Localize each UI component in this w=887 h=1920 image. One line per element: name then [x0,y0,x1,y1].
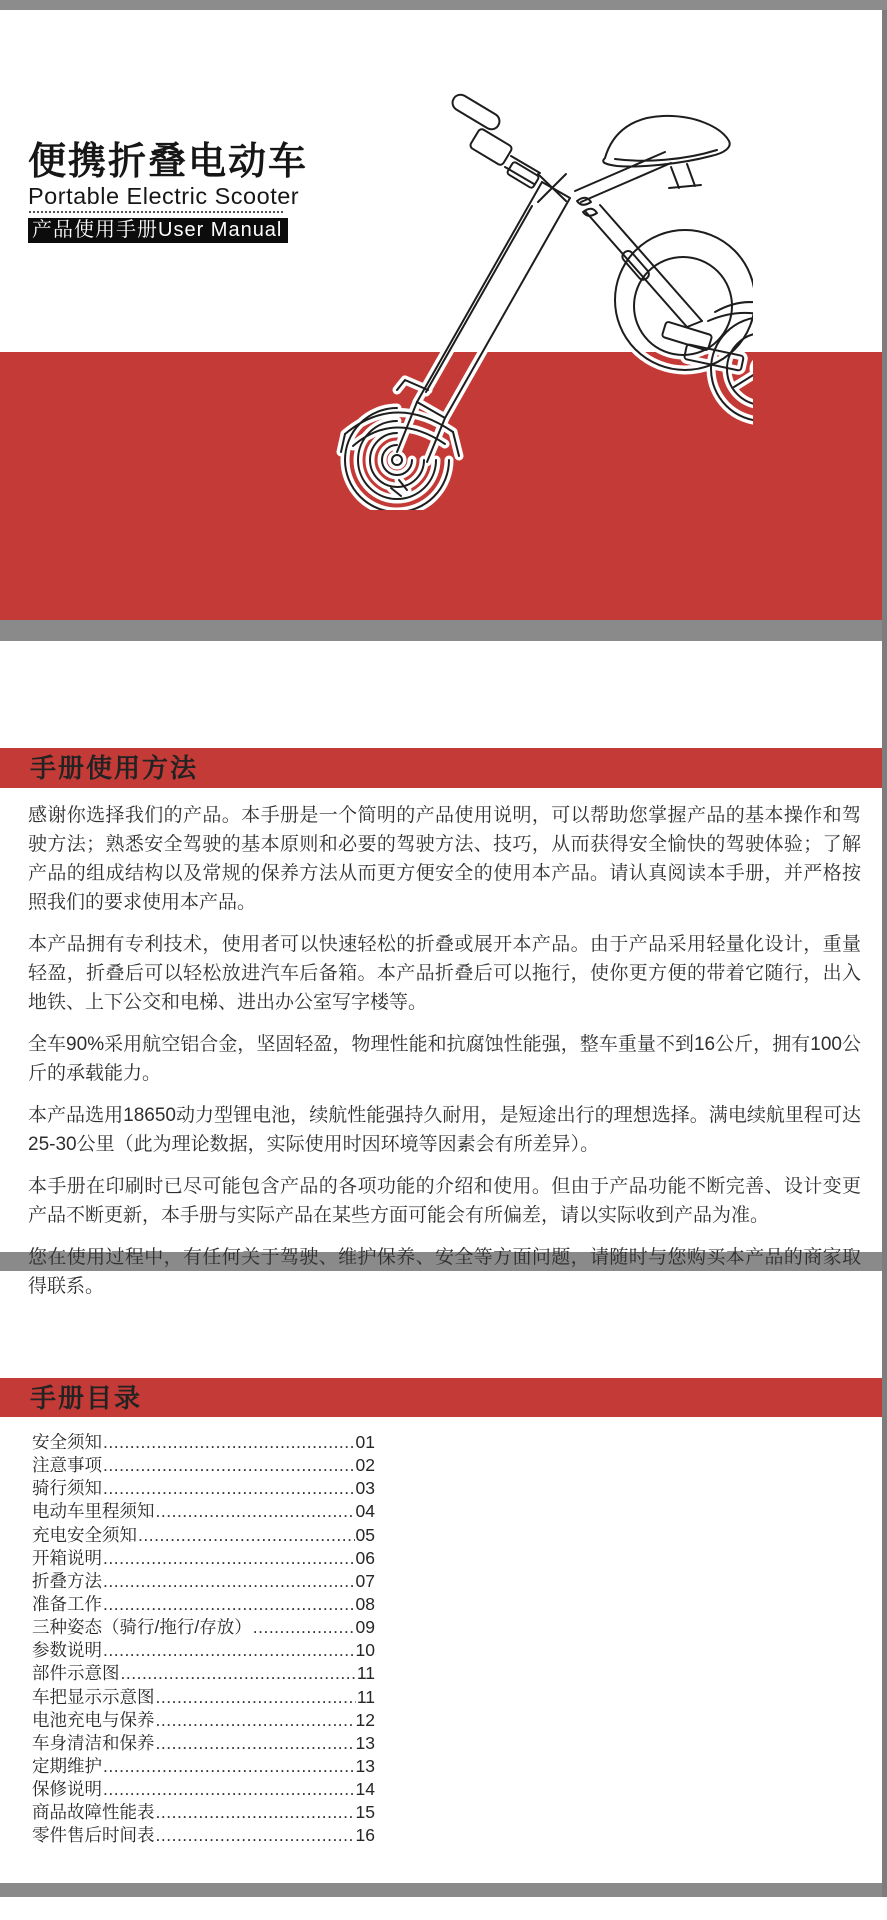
toc-dots-leader: ........................................… [103,1570,355,1593]
body-paragraph: 本产品拥有专利技术，使用者可以快速轻松的折叠或展开本产品。由于产品采用轻量化设计… [28,930,861,1017]
toc-item: 准备工作....................................… [32,1593,375,1616]
section-bar-usage: 手册使用方法 [0,748,887,788]
toc-item: 部件示意图...................................… [32,1662,375,1685]
toc-dots-leader: ........................................… [103,1454,355,1477]
toc-item-page: 02 [356,1454,375,1477]
body-paragraph: 您在使用过程中，有任何关于驾驶、维护保养、安全等方面问题，请随时与您购买本产品的… [28,1243,861,1301]
toc-dots-leader: ........................................… [156,1801,355,1824]
toc-item: 定期维护....................................… [32,1755,375,1778]
toc-item: 充电安全须知..................................… [32,1524,375,1547]
toc-item-label: 保修说明 [32,1778,102,1801]
toc-item-label: 注意事项 [32,1454,102,1477]
toc-item-label: 准备工作 [32,1593,102,1616]
toc-item-label: 开箱说明 [32,1547,102,1570]
toc-item: 车身清洁和保养.................................… [32,1732,375,1755]
section-bar-toc: 手册目录 [0,1378,887,1417]
toc-item-page: 14 [356,1778,375,1801]
section-heading-usage: 手册使用方法 [0,748,887,783]
toc-item-page: 11 [357,1662,375,1685]
toc-item-label: 安全须知 [32,1431,102,1454]
toc-item: 折叠方法....................................… [32,1570,375,1593]
toc-item-label: 定期维护 [32,1755,102,1778]
toc-item: 商品故障性能表.................................… [32,1801,375,1824]
toc-item-page: 13 [356,1732,375,1755]
toc-dots-leader: ........................................… [138,1524,355,1547]
toc-item-page: 10 [356,1639,375,1662]
toc-item-label: 折叠方法 [32,1570,102,1593]
toc-dots-leader: ........................................… [156,1824,355,1847]
body-paragraph: 本手册在印刷时已尽可能包含产品的各项功能的介绍和使用。但由于产品功能不断完善、设… [28,1172,861,1230]
title-block: 便携折叠电动车 Portable Electric Scooter 产品使用手册… [28,142,308,243]
toc-item-label: 电池充电与保养 [32,1709,155,1732]
toc-item: 参数说明....................................… [32,1639,375,1662]
body-paragraph: 全车90%采用航空铝合金，坚固轻盈，物理性能和抗腐蚀性能强，整车重量不到16公斤… [28,1030,861,1088]
toc-list: 安全须知....................................… [32,1431,375,1848]
scooter-line-art-illustration [333,60,753,510]
toc-item-label: 车把显示示意图 [32,1686,155,1709]
toc-item-label: 部件示意图 [32,1662,120,1685]
page-title-en: Portable Electric Scooter [28,183,308,209]
toc-dots-leader: ........................................… [253,1616,355,1639]
toc-item-label: 充电安全须知 [32,1524,137,1547]
toc-item-label: 车身清洁和保养 [32,1732,155,1755]
toc-dots-leader: ........................................… [103,1778,355,1801]
toc-item-page: 07 [356,1570,375,1593]
toc-item: 注意事项....................................… [32,1454,375,1477]
top-gray-bar [0,0,887,10]
toc-item-label: 参数说明 [32,1639,102,1662]
toc-item-page: 03 [356,1477,375,1500]
manual-page: 便携折叠电动车 Portable Electric Scooter 产品使用手册… [0,0,887,1920]
toc-item-page: 05 [356,1524,375,1547]
toc-dots-leader: ........................................… [103,1639,355,1662]
toc-dots-leader: ........................................… [103,1547,355,1570]
toc-item-page: 01 [356,1431,375,1454]
toc-item: 零件售后时间表.................................… [32,1824,375,1847]
toc-dots-leader: ........................................… [156,1686,356,1709]
toc-dots-leader: ........................................… [156,1732,355,1755]
divider-band-3 [0,1883,887,1897]
toc-item-label: 商品故障性能表 [32,1801,155,1824]
toc-dots-leader: ........................................… [156,1709,355,1732]
toc-item-page: 09 [356,1616,375,1639]
body-paragraph: 本产品选用18650动力型锂电池，续航性能强持久耐用，是短途出行的理想选择。满电… [28,1101,861,1159]
dotted-rule [29,211,283,213]
toc-item-page: 15 [356,1801,375,1824]
toc-dots-leader: ........................................… [103,1593,355,1616]
toc-dots-leader: ........................................… [103,1431,355,1454]
toc-item-label: 骑行须知 [32,1477,102,1500]
toc-item: 安全须知....................................… [32,1431,375,1454]
toc-item: 开箱说明....................................… [32,1547,375,1570]
user-manual-badge: 产品使用手册User Manual [28,218,288,243]
toc-item: 三种姿态（骑行/拖行/存放）..........................… [32,1616,375,1639]
body-paragraph: 感谢你选择我们的产品。本手册是一个简明的产品使用说明，可以帮助您掌握产品的基本操… [28,801,861,917]
right-edge-strip [882,10,887,1897]
toc-item-label: 三种姿态（骑行/拖行/存放） [32,1616,252,1639]
toc-item-page: 08 [356,1593,375,1616]
toc-item-page: 11 [357,1686,375,1709]
section-heading-toc: 手册目录 [0,1378,887,1413]
toc-item-page: 12 [356,1709,375,1732]
toc-item-label: 零件售后时间表 [32,1824,155,1847]
toc-item-page: 13 [356,1755,375,1778]
toc-item-page: 16 [356,1824,375,1847]
toc-item: 车把显示示意图.................................… [32,1686,375,1709]
toc-item: 电动车里程须知.................................… [32,1500,375,1523]
toc-item-page: 04 [356,1500,375,1523]
usage-paragraphs: 感谢你选择我们的产品。本手册是一个简明的产品使用说明，可以帮助您掌握产品的基本操… [28,801,861,1314]
divider-band-1 [0,620,887,641]
toc-item: 骑行须知....................................… [32,1477,375,1500]
toc-item: 保修说明....................................… [32,1778,375,1801]
toc-dots-leader: ........................................… [103,1477,355,1500]
toc-dots-leader: ........................................… [121,1662,356,1685]
toc-item: 电池充电与保养.................................… [32,1709,375,1732]
toc-item-label: 电动车里程须知 [32,1500,155,1523]
page-title-cn: 便携折叠电动车 [28,142,308,182]
toc-dots-leader: ........................................… [103,1755,355,1778]
toc-item-page: 06 [356,1547,375,1570]
toc-dots-leader: ........................................… [156,1500,355,1523]
